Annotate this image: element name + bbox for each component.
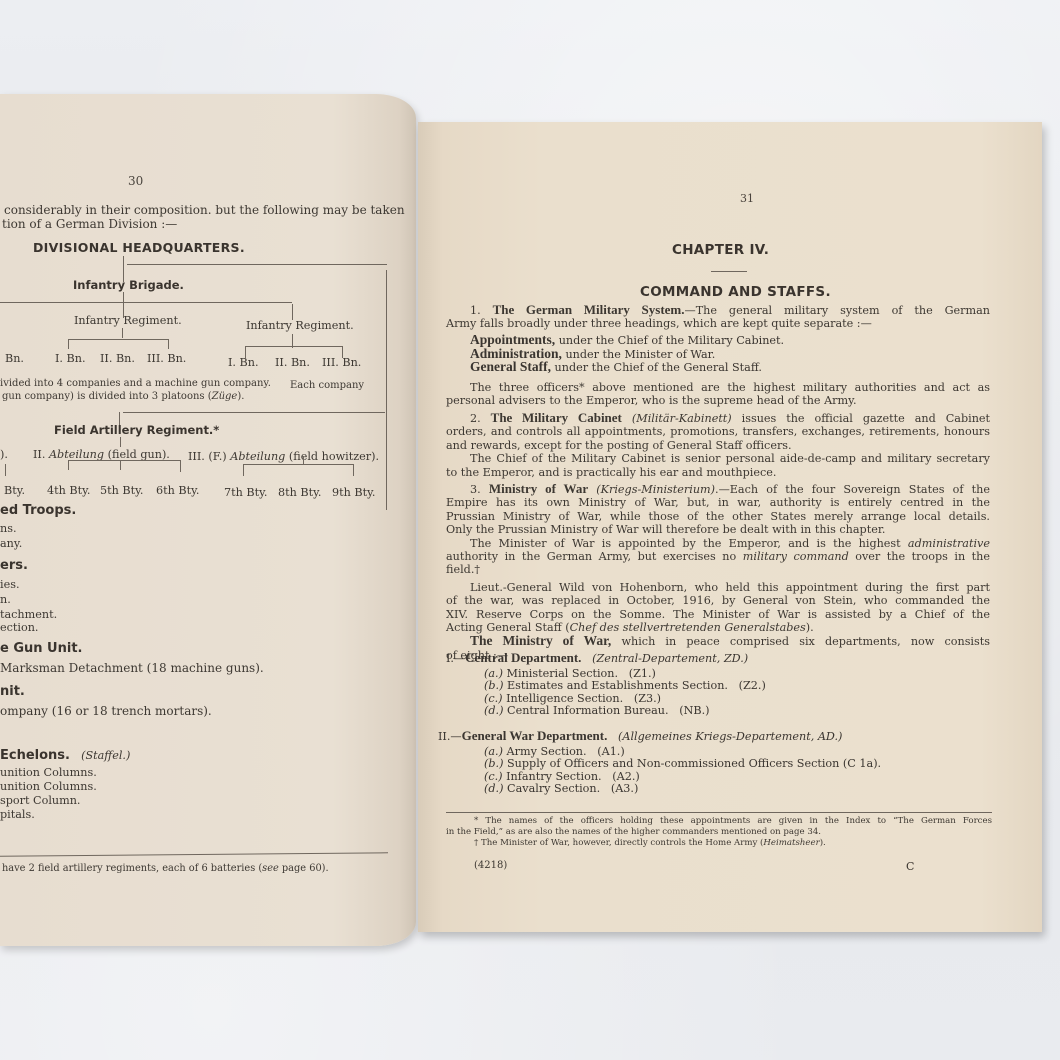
section-item: ection.	[0, 621, 38, 634]
battery: Bty.	[4, 484, 25, 497]
left-page: 30 considerably in their composition. bu…	[0, 94, 416, 946]
headings-list: Appointments, under the Chief of the Mil…	[470, 334, 784, 375]
section-item: ompany (16 or 18 trench mortars).	[0, 705, 212, 718]
battalion: III. Bn.	[322, 356, 361, 369]
echelons-item: unition Columns.	[0, 766, 97, 779]
intro-line: tion of a German Division :—	[2, 218, 177, 231]
infantry-brigade: Infantry Brigade.	[73, 278, 184, 292]
section-heading: ed Troops.	[0, 503, 76, 518]
battery: 8th Bty.	[278, 486, 321, 499]
paragraph-german-military-system: 1. The German Military System.—The gener…	[446, 303, 990, 331]
battalion-note: gun company) is divided into 3 platoons …	[2, 390, 244, 403]
paragraph-three-officers: The three officers* above mentioned are …	[446, 381, 990, 408]
echelons-item: sport Column.	[0, 794, 81, 807]
page-number: 30	[128, 174, 143, 188]
battery: 5th Bty.	[100, 484, 143, 497]
footnotes: * The names of the officers holding thes…	[446, 816, 992, 849]
infantry-regiment: Infantry Regiment.	[246, 319, 354, 332]
section-item: any.	[0, 537, 22, 550]
abteilung-field-howitzer: III. (F.) Abteilung (field howitzer).	[188, 450, 379, 463]
battery: 7th Bty.	[224, 486, 267, 499]
section-heading: ers.	[0, 558, 28, 573]
print-code: (4218)	[474, 859, 507, 872]
intro-line: considerably in their composition. but t…	[4, 204, 405, 217]
infantry-regiment: Infantry Regiment.	[74, 314, 182, 327]
battalion: II. Bn.	[275, 356, 310, 369]
echelons-item: unition Columns.	[0, 780, 97, 793]
section-item: tachment.	[0, 608, 57, 621]
field-artillery-regiment: Field Artillery Regiment.*	[54, 423, 219, 437]
section-item: n.	[0, 593, 11, 606]
echelons-item: pitals.	[0, 808, 35, 821]
divisional-hq-heading: DIVISIONAL HEADQUARTERS.	[33, 240, 245, 255]
battalion: I. Bn.	[55, 352, 86, 365]
battery: 6th Bty.	[156, 484, 199, 497]
battalion-note: Each company	[290, 379, 364, 392]
battalion: III. Bn.	[147, 352, 186, 365]
section-row: (d.) Central Information Bureau. (NB.)	[484, 705, 766, 718]
battalion-note: ivided into 4 companies and a machine gu…	[0, 377, 271, 390]
paragraph-ministry-of-war: 3. Ministry of War (Kriegs-Ministerium).…	[446, 482, 990, 662]
footnote: have 2 field artillery regiments, each o…	[2, 862, 329, 875]
section-heading: nit.	[0, 684, 25, 699]
chapter-heading: CHAPTER IV.	[672, 242, 769, 258]
section-row: (d.) Cavalry Section. (A3.)	[484, 783, 881, 796]
right-page: 31 CHAPTER IV. COMMAND AND STAFFS. 1. Th…	[418, 122, 1042, 932]
battalion: I. Bn.	[228, 356, 259, 369]
battery: 4th Bty.	[47, 484, 90, 497]
signature-mark: C	[906, 860, 914, 873]
section-item: Marksman Detachment (18 machine guns).	[0, 662, 264, 675]
page-number: 31	[740, 192, 754, 205]
battalion: Bn.	[5, 352, 24, 365]
battalion: II. Bn.	[100, 352, 135, 365]
battery: 9th Bty.	[332, 486, 375, 499]
section-item: ns.	[0, 522, 17, 535]
abteilung: ).	[0, 448, 8, 461]
department-central: I.—Central Department. (Zentral-Departem…	[446, 652, 766, 718]
echelons-heading: Echelons. (Staffel.)	[0, 744, 130, 763]
paragraph-military-cabinet: 2. The Military Cabinet (Militär-Kabinet…	[446, 411, 990, 479]
chapter-title: COMMAND AND STAFFS.	[640, 284, 831, 300]
section-item: ies.	[0, 578, 20, 591]
department-general-war: II.—General War Department. (Allgemeines…	[438, 730, 881, 796]
section-heading: e Gun Unit.	[0, 641, 82, 656]
